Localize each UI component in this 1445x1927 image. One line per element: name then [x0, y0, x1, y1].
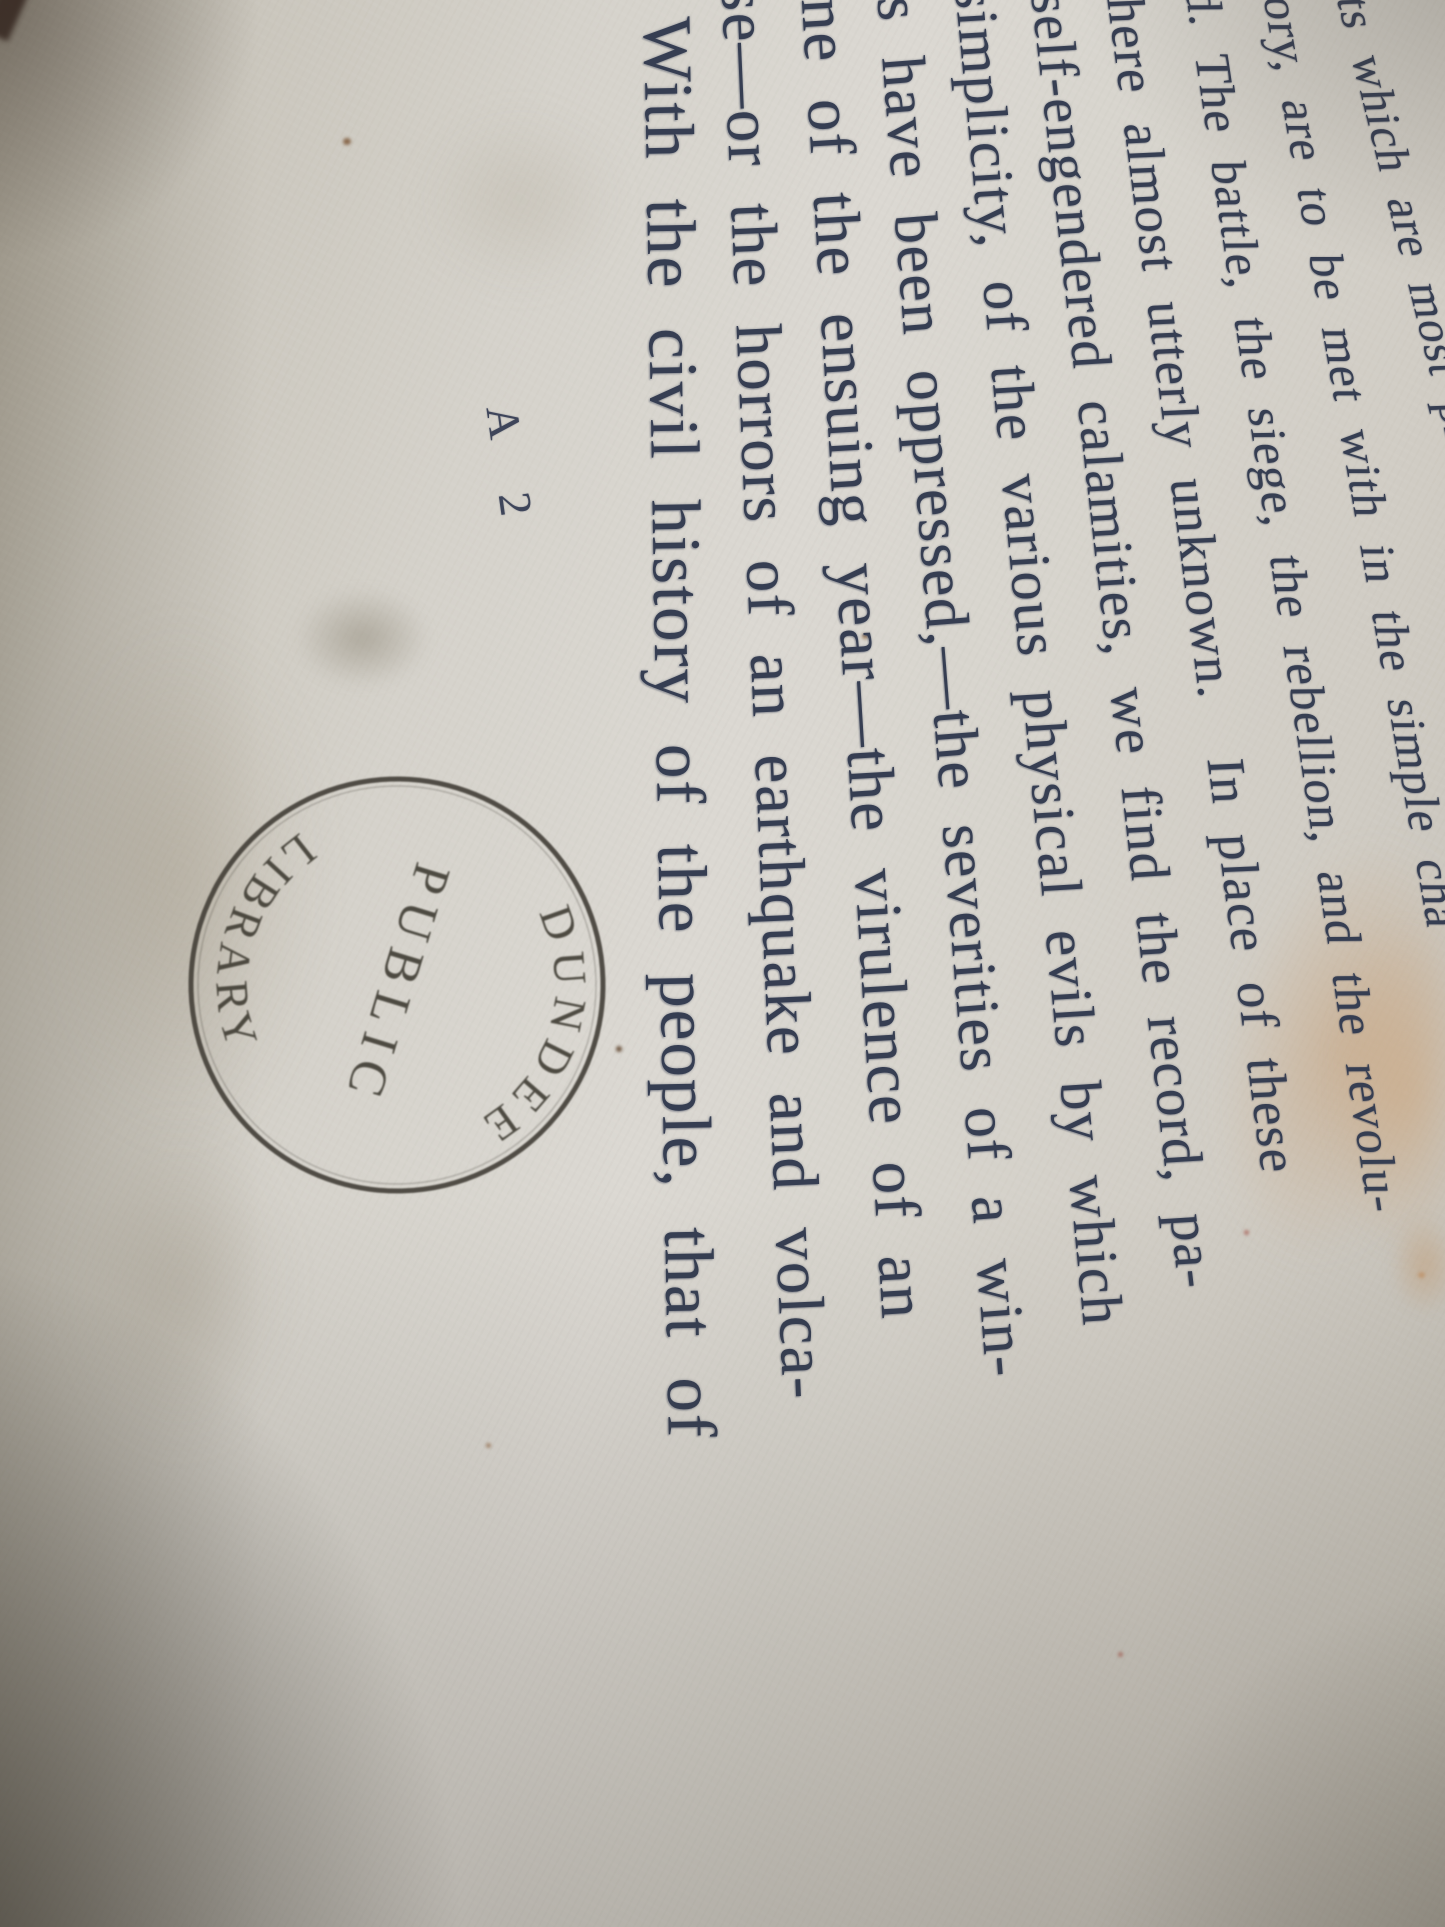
text-line: With the civil history of the people, th… — [632, 16, 726, 1439]
photo-of-book-page: ts which are most pro tory, are to be me… — [0, 0, 1445, 1927]
signature-mark: A 2 — [476, 402, 544, 521]
stamp-text-public: PUBLIC — [333, 857, 461, 1114]
